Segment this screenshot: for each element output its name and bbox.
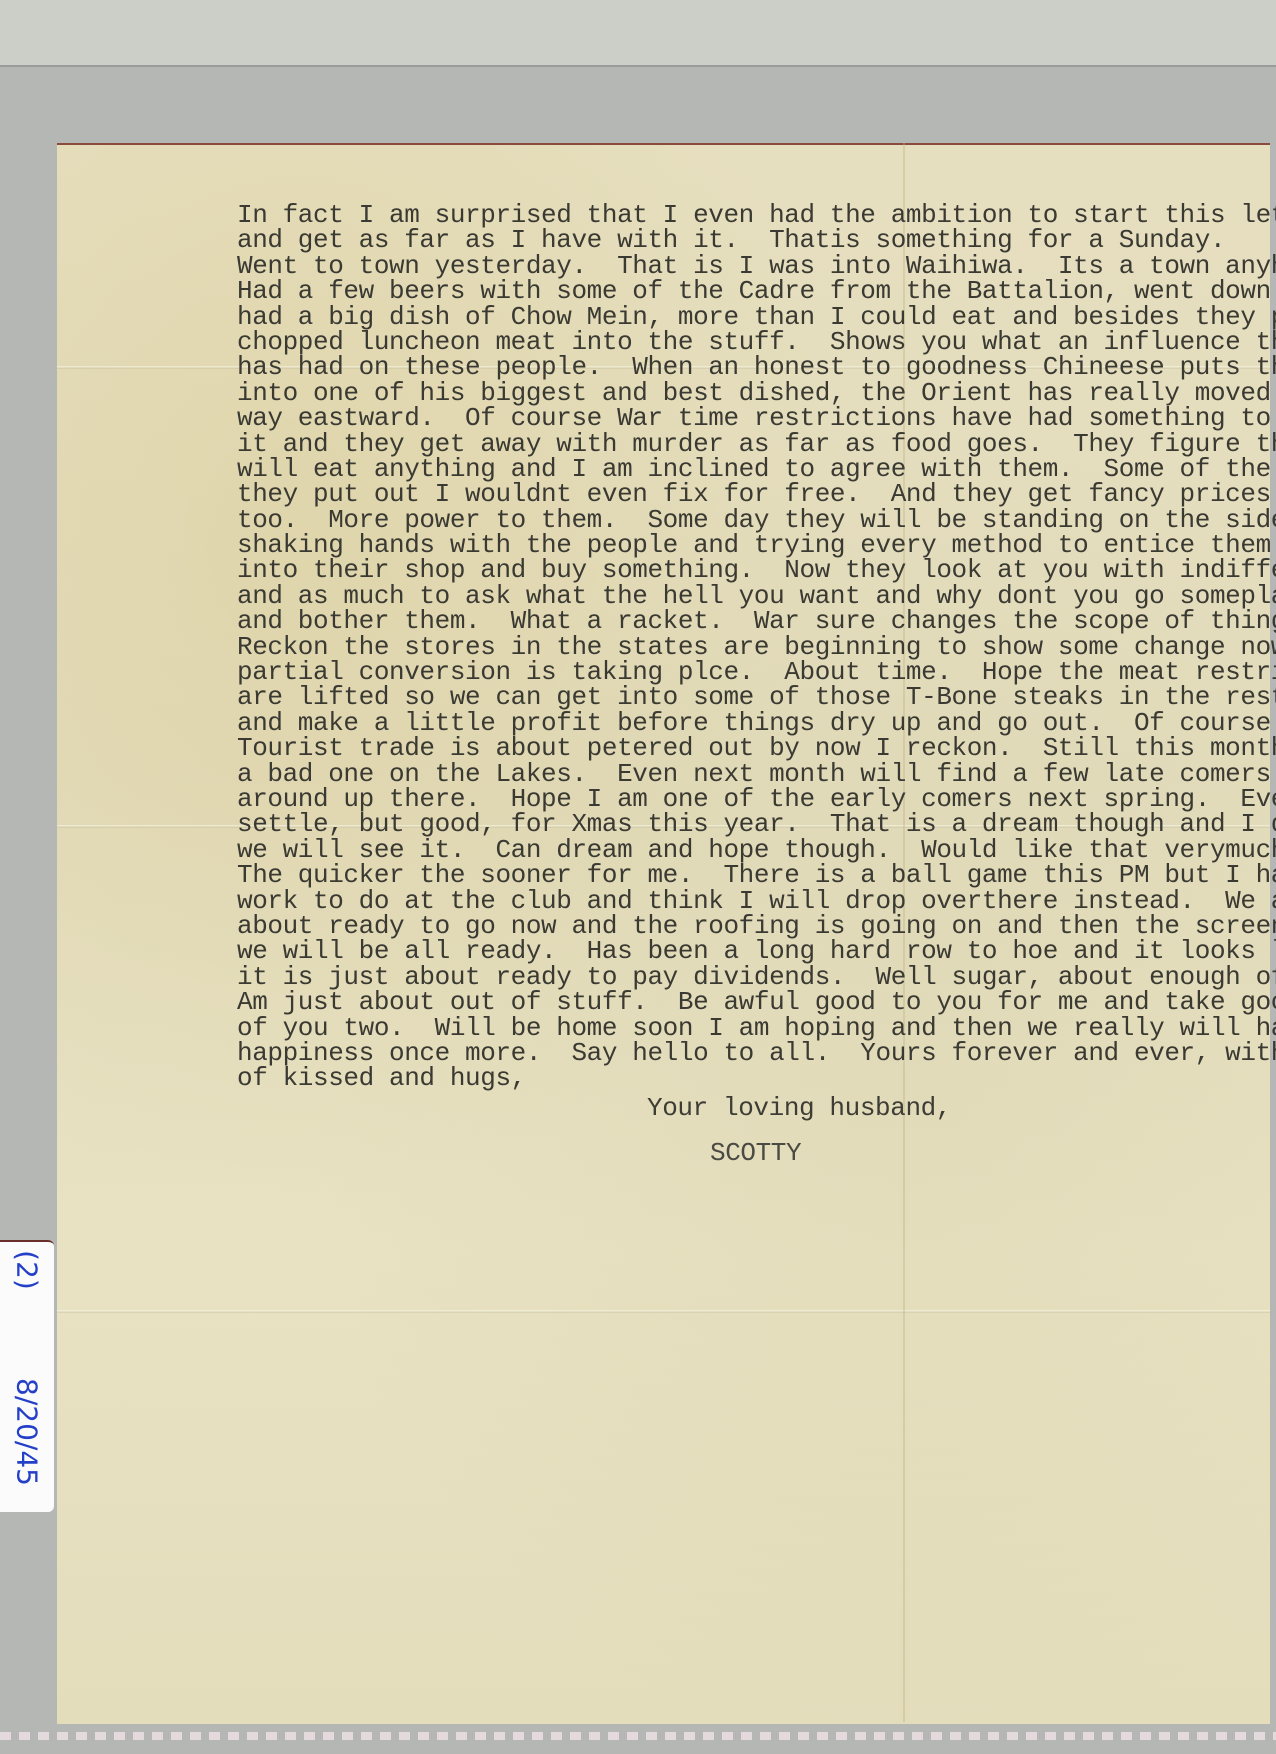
letter-line: Am just about out of stuff. Be awful goo… bbox=[237, 990, 1276, 1015]
date-annotation: 8/20/45 bbox=[11, 1378, 44, 1486]
letter-line: way eastward. Of course War time restric… bbox=[237, 406, 1276, 431]
letter-closing: Your loving husband, bbox=[647, 1093, 951, 1123]
letter-line: we will be all ready. Has been a long ha… bbox=[237, 939, 1276, 964]
letter-line: Tourist trade is about petered out by no… bbox=[237, 736, 1276, 761]
archive-label-tab: (2) 8/20/45 bbox=[0, 1240, 54, 1512]
letter-line: they put out I wouldnt even fix for free… bbox=[237, 482, 1276, 507]
letter-signature: SCOTTY bbox=[710, 1138, 801, 1168]
letter-body: In fact I am surprised that I even had t… bbox=[237, 203, 1276, 1092]
letter-line: has had on these people. When an honest … bbox=[237, 355, 1276, 380]
page-number-annotation: (2) bbox=[11, 1250, 44, 1290]
scanner-background bbox=[0, 0, 1276, 65]
letter-line: The quicker the sooner for me. There is … bbox=[237, 863, 1276, 888]
letter-line: Had a few beers with some of the Cadre f… bbox=[237, 279, 1276, 304]
letter-line: are lifted so we can get into some of th… bbox=[237, 685, 1276, 710]
letter-line: and get as far as I have with it. Thatis… bbox=[237, 228, 1276, 253]
paper-fold-crease bbox=[57, 1310, 1270, 1313]
letter-line: settle, but good, for Xmas this year. Th… bbox=[237, 812, 1276, 837]
letter-line: and bother them. What a racket. War sure… bbox=[237, 609, 1276, 634]
letter-line: of kissed and hugs, bbox=[237, 1066, 1276, 1091]
sleeve-perforation bbox=[0, 1732, 1276, 1740]
